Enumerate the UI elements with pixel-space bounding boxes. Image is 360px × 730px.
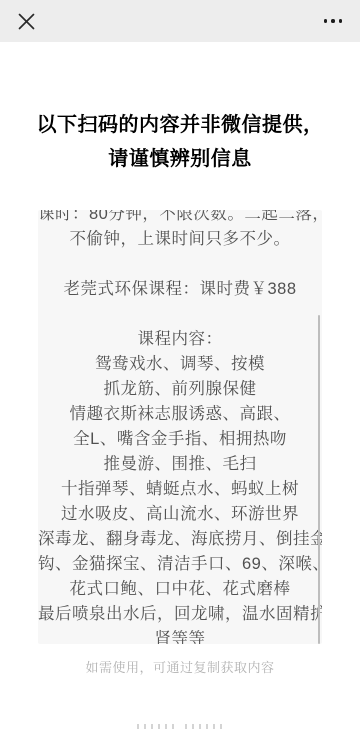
content-line: 钩、金猫探宝、清洁手口、69、深喉、: [38, 552, 322, 577]
content-line: 抓龙筋、前列腺保健: [38, 377, 322, 402]
content-line: 推曼游、围推、毛扫: [38, 452, 322, 477]
content-line: 老莞式环保课程：课时费￥388: [38, 277, 322, 302]
content-line: 十指弹琴、蜻蜓点水、蚂蚁上树: [38, 477, 322, 502]
bottom-clipped-glyphs: [0, 724, 360, 729]
scan-result-page: 以下扫码的内容并非微信提供， 请谨慎辨别信息 课时：80分钟，不限次数。二起二落…: [0, 0, 360, 730]
warning-line-1: 以下扫码的内容并非微信提供，: [37, 114, 324, 136]
more-icon: [324, 19, 343, 23]
scrollbar-thumb[interactable]: [318, 315, 320, 644]
bottom-clipped-glyph-group: [137, 724, 175, 729]
bottom-clipped-glyph-group: [185, 724, 223, 729]
copy-hint-text: 如需使用，可通过复制获取内容: [0, 657, 360, 676]
scanned-content-box[interactable]: 课时：80分钟，不限次数。二起二落，不偷钟，上课时间只多不少。 老莞式环保课程：…: [38, 210, 322, 644]
content-line: 不偷钟，上课时间只多不少。: [38, 227, 322, 252]
content-line: 全L、嘴含金手指、相拥热吻: [38, 427, 322, 452]
content-line: 肾等等: [38, 627, 322, 644]
content-blank-line: [38, 302, 322, 327]
content-line: 深毒龙、翻身毒龙、海底捞月、倒挂金: [38, 527, 322, 552]
close-icon: [18, 13, 35, 30]
warning-line-2: 请谨慎辨别信息: [108, 148, 252, 170]
content-line: 情趣衣斯袜志服诱惑、高跟、: [38, 402, 322, 427]
content-line: 最后喷泉出水后，回龙啸，温水固精护: [38, 602, 322, 627]
close-button[interactable]: [14, 9, 39, 34]
main-area: 以下扫码的内容并非微信提供， 请谨慎辨别信息 课时：80分钟，不限次数。二起二落…: [0, 108, 360, 676]
warning-title: 以下扫码的内容并非微信提供， 请谨慎辨别信息: [10, 108, 350, 176]
topbar: [0, 0, 360, 42]
content-line: 花式口鲍、口中花、花式磨棒: [38, 577, 322, 602]
content-line: 过水吸皮、高山流水、环游世界: [38, 502, 322, 527]
content-line: 课程内容：: [38, 327, 322, 352]
content-line: 课时：80分钟，不限次数。二起二落，: [38, 210, 322, 227]
content-line: 鸳鸯戏水、调琴、按模: [38, 352, 322, 377]
more-button[interactable]: [320, 15, 347, 27]
scanned-content-text: 课时：80分钟，不限次数。二起二落，不偷钟，上课时间只多不少。 老莞式环保课程：…: [38, 210, 322, 644]
content-blank-line: [38, 252, 322, 277]
